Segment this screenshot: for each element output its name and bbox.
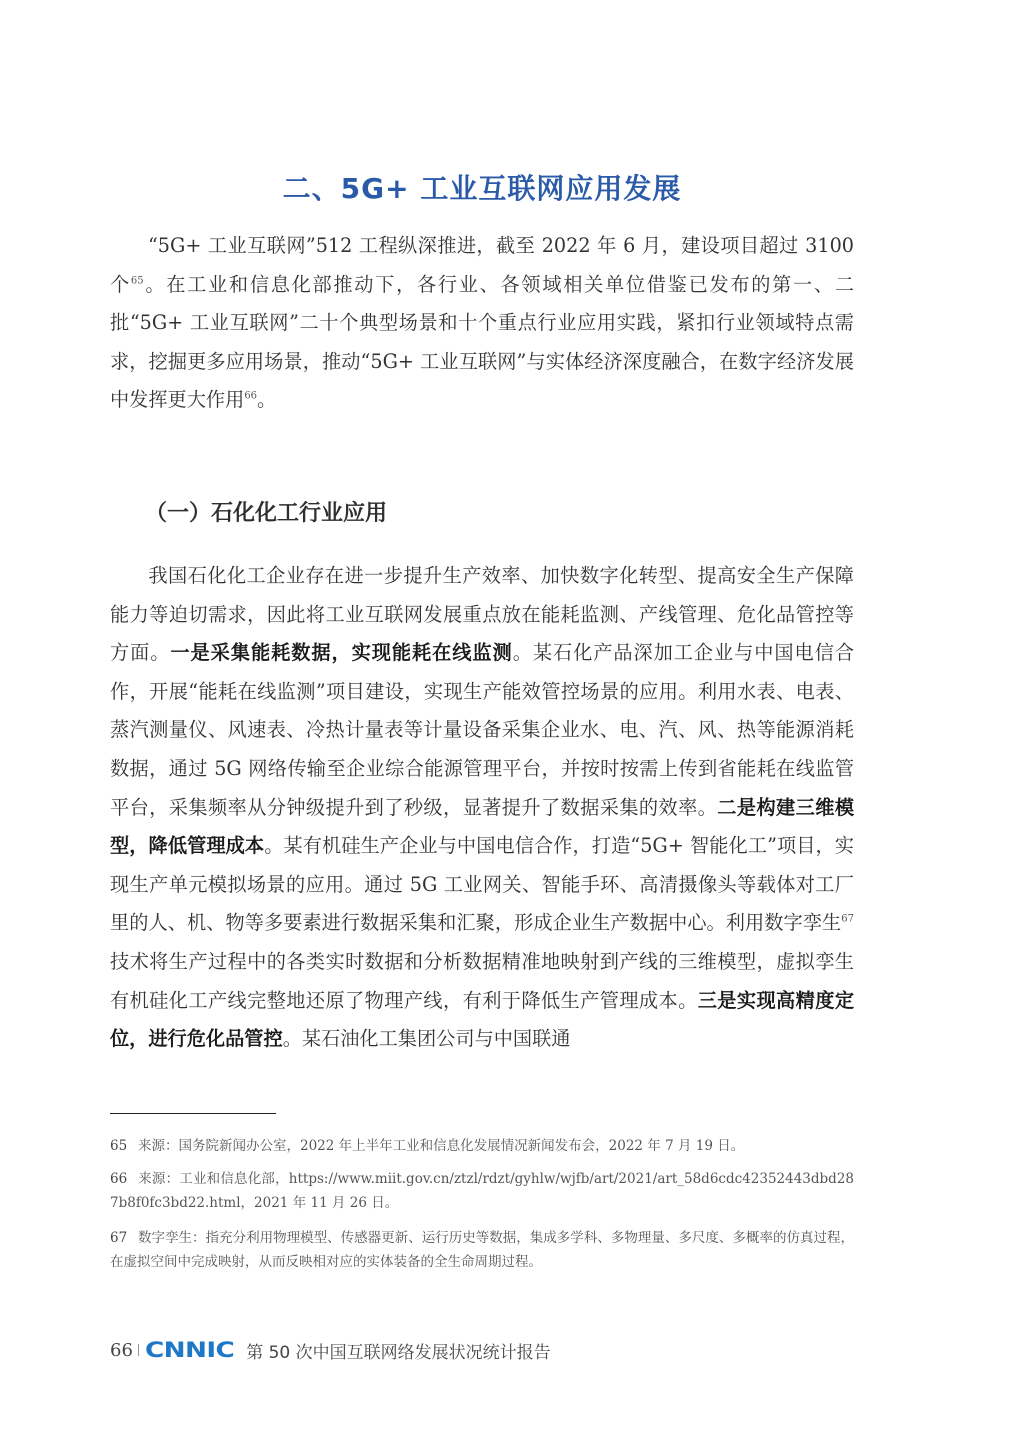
intro-paragraph: “5G+ 工业互联网”512 工程纵深推进，截至 2022 年 6 月，建设项目…	[110, 227, 854, 420]
footnote-65: 65来源：国务院新闻办公室，2022 年上半年工业和信息化发展情况新闻发布会，2…	[110, 1134, 854, 1158]
intro-text-3: 。	[257, 388, 276, 411]
page-number: 66	[110, 1340, 133, 1361]
page-footer: 66 CNNIC 第 50 次中国互联网络发展状况统计报告	[110, 1336, 551, 1364]
report-title: 第 50 次中国互联网络发展状况统计报告	[246, 1338, 550, 1363]
footer-separator	[138, 1344, 139, 1356]
body-text-5: 。某石油化工集团公司与中国联通	[283, 1027, 571, 1050]
footnote-divider	[110, 1113, 276, 1114]
footnote-text: 数字孪生：指充分利用物理模型、传感器更新、运行历史等数据，集成多学科、多物理量、…	[110, 1230, 854, 1270]
bold-point-1: 一是采集能耗数据，实现能耗在线监测	[170, 641, 512, 664]
body-paragraph: 我国石化化工企业存在进一步提升生产效率、加快数字化转型、提高安全生产保障能力等迫…	[110, 557, 854, 1059]
intro-text-2: 。在工业和信息化部推动下，各行业、各领域相关单位借鉴已发布的第一、二批“5G+ …	[110, 273, 854, 412]
footnote-text[interactable]: 来源：工业和信息化部，https://www.miit.gov.cn/ztzl/…	[110, 1171, 854, 1211]
body-text-2: 。某石化产品深加工企业与中国电信合作，开展“能耗在线监测”项目建设，实现生产能效…	[110, 641, 854, 818]
footnote-number: 67	[110, 1226, 138, 1250]
footnote-ref-66[interactable]: 66	[244, 391, 257, 402]
footnote-66: 66来源：工业和信息化部，https://www.miit.gov.cn/ztz…	[110, 1167, 854, 1215]
document-page: 二、5G+ 工业互联网应用发展 “5G+ 工业互联网”512 工程纵深推进，截至…	[0, 0, 1020, 1440]
chapter-title: 二、5G+ 工业互联网应用发展	[0, 167, 964, 207]
footnote-text: 来源：国务院新闻办公室，2022 年上半年工业和信息化发展情况新闻发布会，202…	[138, 1138, 744, 1154]
footnote-ref-65[interactable]: 65	[131, 275, 144, 286]
footnote-number: 65	[110, 1134, 138, 1158]
footnote-number: 66	[110, 1167, 138, 1191]
cnnic-logo: CNNIC	[145, 1338, 234, 1362]
footnote-ref-67[interactable]: 67	[841, 914, 854, 925]
section-title: （一）石化化工行业应用	[145, 496, 387, 527]
footnote-67: 67数字孪生：指充分利用物理模型、传感器更新、运行历史等数据，集成多学科、多物理…	[110, 1226, 854, 1274]
